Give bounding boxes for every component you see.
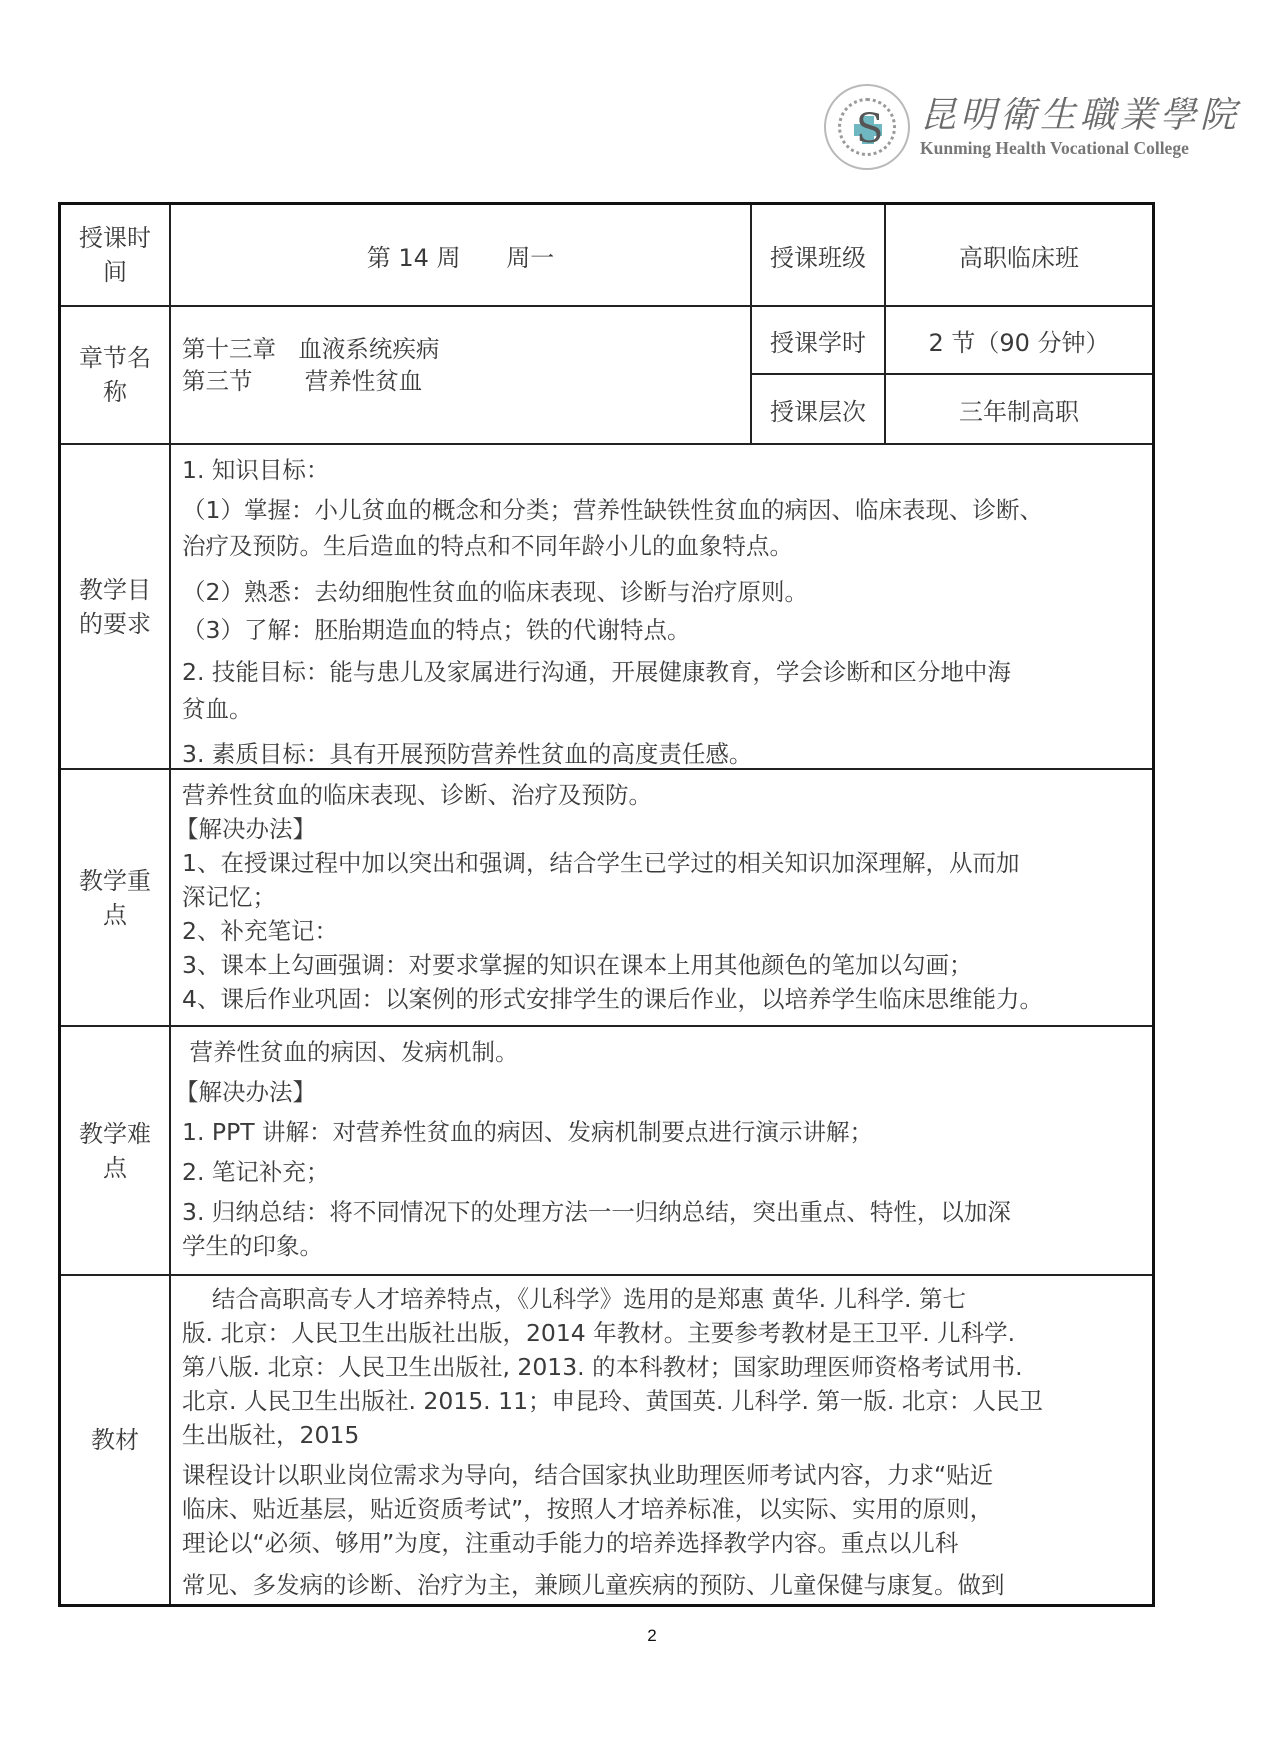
textbook-label: 教材: [61, 1276, 171, 1604]
difficulty-line: 1. PPT 讲解：对营养性贫血的病因、发病机制要点进行演示讲解；: [182, 1113, 873, 1147]
objective-line: （2）熟悉：去幼细胞性贫血的临床表现、诊断与治疗原则。: [182, 573, 808, 607]
key-point-line: 3、课本上勾画强调：对要求掌握的知识在课本上用其他颜色的笔加以勾画；: [182, 946, 972, 980]
difficulties-label: 教学难点: [61, 1027, 171, 1276]
textbook-line: 版. 北京：人民卫生出版社出版，2014 年教材。主要参考教材是王卫平. 儿科学…: [182, 1314, 1015, 1348]
key-point-line: 2、补充笔记：: [182, 912, 338, 946]
key-point-line: 营养性贫血的临床表现、诊断、治疗及预防。: [182, 776, 652, 810]
key-point-line: 深记忆；: [182, 878, 276, 912]
difficulties-label-text: 教学难点: [71, 1117, 159, 1185]
textbook-line: 北京. 人民卫生出版社. 2015. 11；申昆玲、黄国英. 儿科学. 第一版.…: [182, 1382, 1043, 1416]
class-value: 高职临床班: [886, 205, 1152, 307]
teaching-time-label: 授课时间: [61, 205, 171, 307]
key-points-label-text: 教学重点: [71, 864, 159, 932]
teaching-level-value: 三年制高职: [886, 375, 1152, 445]
difficulty-line: 学生的印象。: [182, 1227, 323, 1261]
difficulty-line: 2. 笔记补充；: [182, 1153, 329, 1187]
page-number: 2: [640, 1626, 664, 1646]
objectives-content: 1. 知识目标： （1）掌握：小儿贫血的概念和分类；营养性缺铁性贫血的病因、临床…: [171, 445, 1152, 770]
textbook-label-text: 教材: [71, 1423, 159, 1457]
college-name-chinese: 昆明衛生職業學院: [920, 87, 1240, 138]
textbook-line: 理论以“必须、够用”为度，注重动手能力的培养选择教学内容。重点以儿科: [182, 1524, 958, 1558]
key-point-line: 1、在授课过程中加以突出和强调，结合学生已学过的相关知识加深理解，从而加: [182, 844, 1019, 878]
textbook-line: 课程设计以职业岗位需求为导向，结合国家执业助理医师考试内容，力求“贴近: [182, 1456, 993, 1490]
lesson-plan-table: 授课时间 第 14 周 周一 授课班级 高职临床班 章节名称 第十三章 血液系统…: [58, 202, 1155, 1607]
teaching-level-label: 授课层次: [752, 375, 886, 445]
difficulty-line: 3. 归纳总结：将不同情况下的处理方法一一归纳总结，突出重点、特性，以加深: [182, 1193, 1011, 1227]
teaching-time-label-text: 授课时间: [71, 221, 159, 289]
objective-line: 治疗及预防。生后造血的特点和不同年龄小儿的血象特点。: [182, 527, 793, 561]
objective-line: 3. 素质目标：具有开展预防营养性贫血的高度责任感。: [182, 735, 752, 769]
college-name-english: Kunming Health Vocational College: [920, 138, 1189, 159]
chapter-name-label-text: 章节名称: [71, 341, 159, 409]
class-hours-value: 2 节（90 分钟）: [886, 307, 1152, 375]
key-point-line: 【解决办法】: [175, 810, 316, 844]
chapter-name-value: 第十三章 血液系统疾病 第三节 营养性贫血: [171, 307, 752, 445]
dragon-s-icon: S: [856, 106, 882, 152]
key-points-content: 营养性贫血的临床表现、诊断、治疗及预防。 【解决办法】 1、在授课过程中加以突出…: [171, 770, 1152, 1027]
objective-line: 1. 知识目标：: [182, 451, 329, 485]
textbook-line: 第八版. 北京：人民卫生出版社, 2013. 的本科教材；国家助理医师资格考试用…: [182, 1348, 1023, 1382]
difficulties-content: 营养性贫血的病因、发病机制。 【解决办法】 1. PPT 讲解：对营养性贫血的病…: [171, 1027, 1152, 1276]
key-point-line: 4、课后作业巩固：以案例的形式安排学生的课后作业，以培养学生临床思维能力。: [182, 980, 1043, 1014]
textbook-line: 常见、多发病的诊断、治疗为主，兼顾儿童疾病的预防、儿童保健与康复。做到: [182, 1566, 1005, 1600]
textbook-line: 生出版社，2015: [182, 1416, 359, 1450]
section-title: 第三节 营养性贫血: [182, 365, 422, 397]
objectives-label-text: 教学目的要求: [71, 573, 159, 641]
difficulty-line: 营养性贫血的病因、发病机制。: [182, 1033, 518, 1067]
objectives-label: 教学目的要求: [61, 445, 171, 770]
college-logo: S 昆明衛生職業學院 Kunming Health Vocational Col…: [824, 83, 1224, 173]
objective-line: （1）掌握：小儿贫血的概念和分类；营养性缺铁性贫血的病因、临床表现、诊断、: [182, 491, 1043, 525]
teaching-time-value: 第 14 周 周一: [171, 205, 752, 307]
textbook-content: 结合高职高专人才培养特点，《儿科学》选用的是郑惠 黄华. 儿科学. 第七 版. …: [171, 1276, 1152, 1604]
difficulty-line: 【解决办法】: [175, 1073, 316, 1107]
college-seal-icon: S: [824, 84, 910, 170]
key-points-label: 教学重点: [61, 770, 171, 1027]
textbook-line: 临床、贴近基层，贴近资质考试”，按照人才培养标准，以实际、实用的原则，: [182, 1490, 993, 1524]
class-hours-label: 授课学时: [752, 307, 886, 375]
objective-line: 2. 技能目标：能与患儿及家属进行沟通，开展健康教育，学会诊断和区分地中海: [182, 653, 1011, 687]
objective-line: 贫血。: [182, 690, 253, 724]
chapter-name-label: 章节名称: [61, 307, 171, 445]
objective-line: （3）了解：胚胎期造血的特点；铁的代谢特点。: [182, 611, 690, 645]
chapter-title: 第十三章 血液系统疾病: [182, 333, 439, 365]
class-label: 授课班级: [752, 205, 886, 307]
textbook-line: 结合高职高专人才培养特点，《儿科学》选用的是郑惠 黄华. 儿科学. 第七: [182, 1280, 966, 1314]
